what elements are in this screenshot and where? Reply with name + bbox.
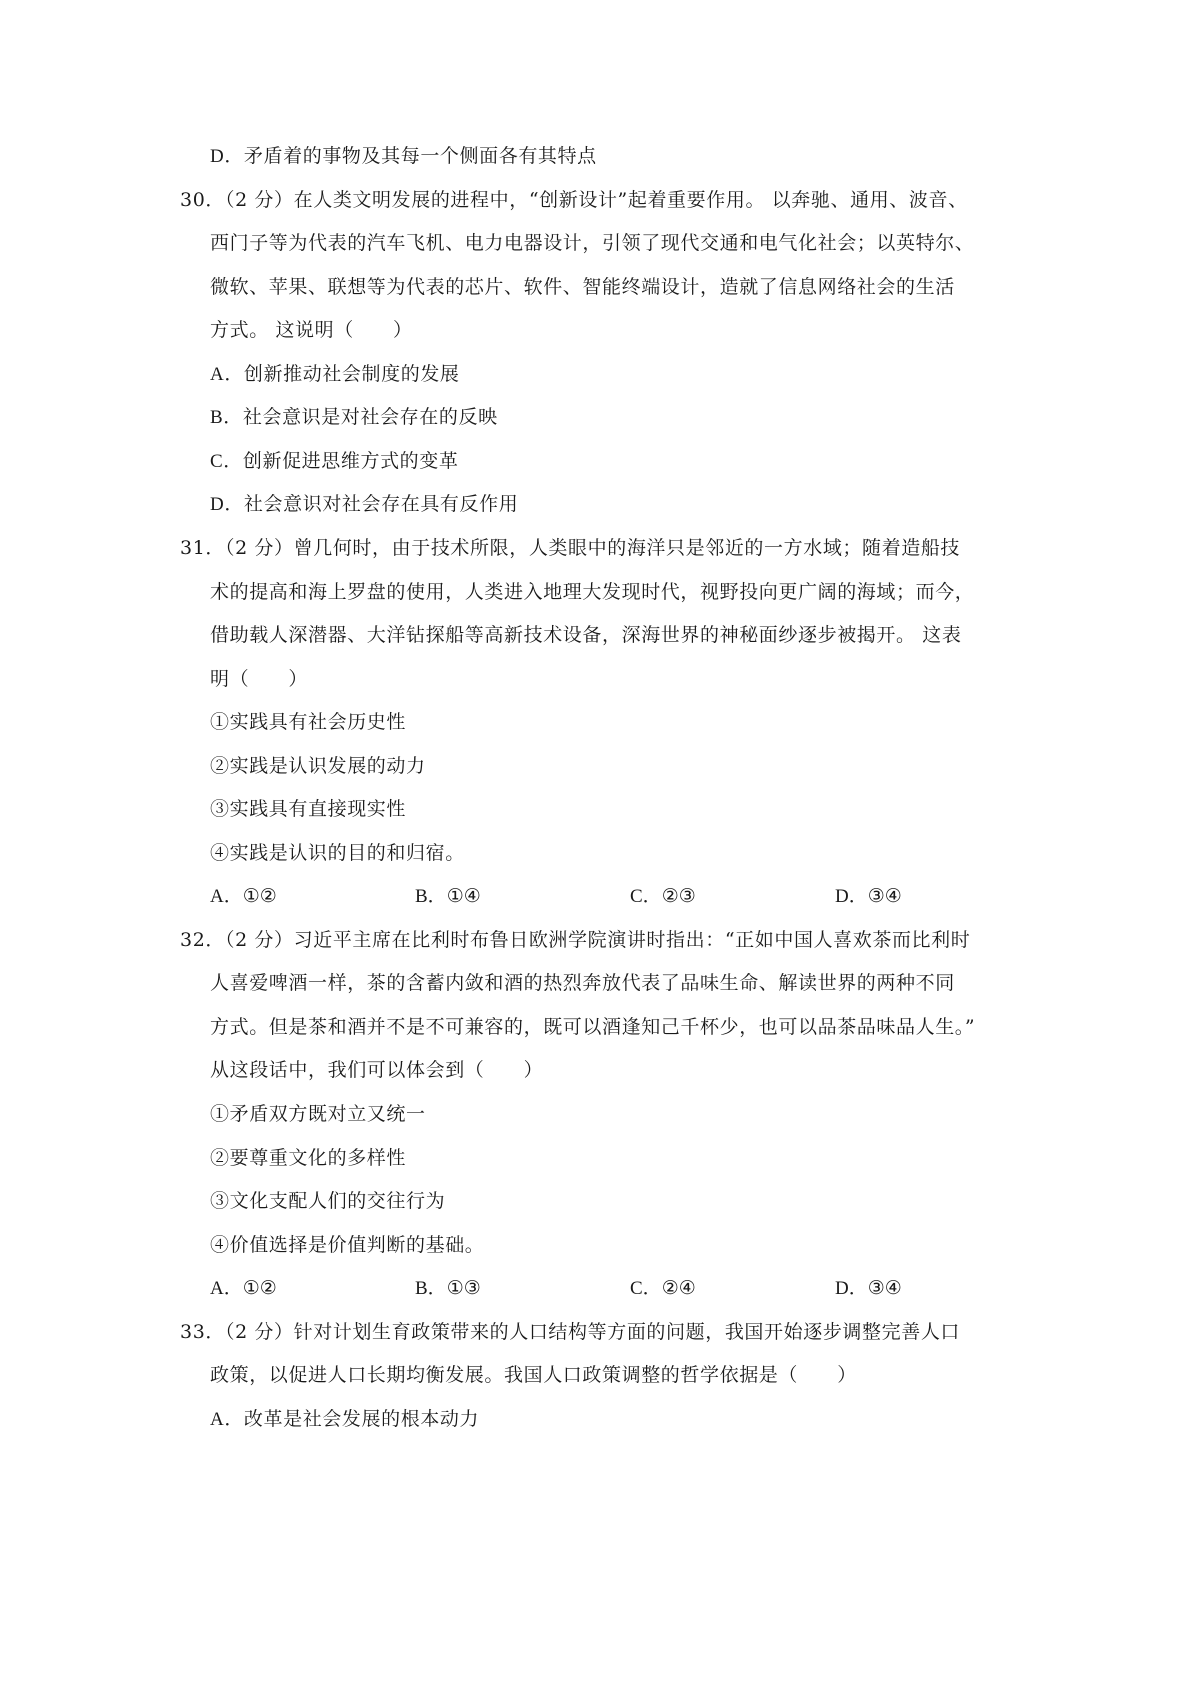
option-text: ①② bbox=[243, 885, 277, 907]
question-32-statement-2: ②要尊重文化的多样性 bbox=[210, 1146, 406, 1170]
question-32-stem-line-2: 人喜爱啤酒一样，茶的含蓄内敛和酒的热烈奔放代表了品味生命、解读世界的两种不同 bbox=[210, 971, 955, 995]
question-30-option-c[interactable]: C．创新促进思维方式的变革 bbox=[210, 449, 458, 474]
question-number: 32． bbox=[180, 929, 225, 951]
question-31-option-d[interactable]: D．③④ bbox=[835, 884, 902, 909]
question-score: （2 分） bbox=[225, 189, 294, 211]
question-33-stem-line-1: 33．（2 分）针对计划生育政策带来的人口结构等方面的问题，我国开始逐步调整完善… bbox=[180, 1320, 960, 1344]
question-30-stem-line-4: 方式。 这说明（ ） bbox=[210, 318, 413, 342]
question-32-statement-3: ③文化支配人们的交往行为 bbox=[210, 1189, 445, 1213]
option-letter: C． bbox=[630, 886, 662, 907]
option-letter: D． bbox=[210, 494, 244, 515]
question-30-stem-line-2: 西门子等为代表的汽车飞机、电力电器设计，引领了现代交通和电气化社会；以英特尔、 bbox=[210, 231, 974, 255]
option-text: ①③ bbox=[447, 1277, 481, 1299]
option-text: 矛盾着的事物及其每一个侧面各有其特点 bbox=[244, 145, 597, 167]
question-32-option-c[interactable]: C．②④ bbox=[630, 1276, 696, 1301]
document-page: D．矛盾着的事物及其每一个侧面各有其特点 30．（2 分）在人类文明发展的进程中… bbox=[0, 0, 1200, 1698]
question-30-stem-line-3: 微软、苹果、联想等为代表的芯片、软件、智能终端设计，造就了信息网络社会的生活 bbox=[210, 275, 955, 299]
option-letter: A． bbox=[210, 1278, 243, 1299]
option-letter: A． bbox=[210, 364, 244, 385]
question-32-statement-1: ①矛盾双方既对立又统一 bbox=[210, 1102, 426, 1126]
question-32-statement-4: ④价值选择是价值判断的基础。 bbox=[210, 1233, 484, 1257]
option-letter: B． bbox=[210, 407, 243, 428]
question-30-option-b[interactable]: B．社会意识是对社会存在的反映 bbox=[210, 405, 498, 430]
question-32-stem-line-3: 方式。但是茶和酒并不是不可兼容的，既可以酒逢知己千杯少，也可以品茶品味品人生。” bbox=[210, 1015, 975, 1039]
option-text: ①④ bbox=[447, 885, 481, 907]
option-text: ②④ bbox=[662, 1277, 696, 1299]
question-score: （2 分） bbox=[225, 929, 294, 951]
stem-text: 针对计划生育政策带来的人口结构等方面的问题，我国开始逐步调整完善人口 bbox=[294, 1321, 960, 1343]
option-text: 创新推动社会制度的发展 bbox=[244, 363, 460, 385]
question-33-option-a[interactable]: A．改革是社会发展的根本动力 bbox=[210, 1407, 479, 1432]
question-score: （2 分） bbox=[225, 537, 294, 559]
option-text: ③④ bbox=[868, 1277, 902, 1299]
option-letter: D． bbox=[210, 146, 244, 167]
question-31-option-c[interactable]: C．②③ bbox=[630, 884, 696, 909]
question-31-stem-line-4: 明（ ） bbox=[210, 667, 308, 691]
question-33-stem-line-2: 政策，以促进人口长期均衡发展。我国人口政策调整的哲学依据是（ ） bbox=[210, 1363, 857, 1387]
stem-text: 曾几何时，由于技术所限，人类眼中的海洋只是邻近的一方水域；随着造船技 bbox=[294, 537, 960, 559]
question-31-option-b[interactable]: B．①④ bbox=[415, 884, 481, 909]
option-text: 改革是社会发展的根本动力 bbox=[244, 1408, 479, 1430]
option-letter: C． bbox=[210, 451, 243, 472]
question-number: 33． bbox=[180, 1321, 225, 1343]
option-letter: A． bbox=[210, 886, 243, 907]
option-letter: B． bbox=[415, 1278, 447, 1299]
option-text: ②③ bbox=[662, 885, 696, 907]
question-31-option-a[interactable]: A．①② bbox=[210, 884, 277, 909]
question-score: （2 分） bbox=[225, 1321, 294, 1343]
question-number: 31． bbox=[180, 537, 225, 559]
option-text: 社会意识对社会存在具有反作用 bbox=[244, 493, 518, 515]
q29-option-d: D．矛盾着的事物及其每一个侧面各有其特点 bbox=[210, 144, 597, 169]
question-32-stem-line-4: 从这段话中，我们可以体会到（ ） bbox=[210, 1058, 543, 1082]
option-letter: B． bbox=[415, 886, 447, 907]
option-letter: C． bbox=[630, 1278, 662, 1299]
option-letter: A． bbox=[210, 1409, 244, 1430]
question-32-option-b[interactable]: B．①③ bbox=[415, 1276, 481, 1301]
option-text: 社会意识是对社会存在的反映 bbox=[243, 406, 498, 428]
question-31-statement-4: ④实践是认识的目的和归宿。 bbox=[210, 841, 465, 865]
question-32-option-d[interactable]: D．③④ bbox=[835, 1276, 902, 1301]
question-30-stem-line-1: 30．（2 分）在人类文明发展的进程中，“创新设计”起着重要作用。 以奔驰、通用… bbox=[180, 188, 968, 212]
question-31-statement-3: ③实践具有直接现实性 bbox=[210, 797, 406, 821]
stem-text: 在人类文明发展的进程中，“创新设计”起着重要作用。 以奔驰、通用、波音、 bbox=[294, 189, 968, 211]
question-31-statement-1: ①实践具有社会历史性 bbox=[210, 710, 406, 734]
option-text: ③④ bbox=[868, 885, 902, 907]
question-30-option-d[interactable]: D．社会意识对社会存在具有反作用 bbox=[210, 492, 518, 517]
stem-text: 习近平主席在比利时布鲁日欧洲学院演讲时指出：“正如中国人喜欢茶而比利时 bbox=[294, 929, 971, 951]
option-letter: D． bbox=[835, 886, 868, 907]
option-letter: D． bbox=[835, 1278, 868, 1299]
question-number: 30． bbox=[180, 189, 225, 211]
option-text: 创新促进思维方式的变革 bbox=[243, 450, 459, 472]
question-31-stem-line-1: 31．（2 分）曾几何时，由于技术所限，人类眼中的海洋只是邻近的一方水域；随着造… bbox=[180, 536, 960, 560]
question-31-stem-line-2: 术的提高和海上罗盘的使用，人类进入地理大发现时代，视野投向更广阔的海域；而今， bbox=[210, 580, 974, 604]
question-31-statement-2: ②实践是认识发展的动力 bbox=[210, 754, 426, 778]
question-30-option-a[interactable]: A．创新推动社会制度的发展 bbox=[210, 362, 460, 387]
question-31-stem-line-3: 借助载人深潜器、大洋钻探船等高新技术设备，深海世界的神秘面纱逐步被揭开。 这表 bbox=[210, 623, 961, 647]
question-32-stem-line-1: 32．（2 分）习近平主席在比利时布鲁日欧洲学院演讲时指出：“正如中国人喜欢茶而… bbox=[180, 928, 970, 952]
question-32-option-a[interactable]: A．①② bbox=[210, 1276, 277, 1301]
option-text: ①② bbox=[243, 1277, 277, 1299]
